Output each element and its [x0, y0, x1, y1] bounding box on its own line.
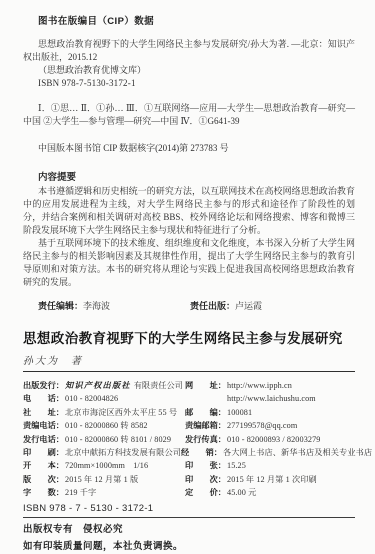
publisher-name-script: 知识产权出版社: [65, 379, 131, 392]
quality-notice: 如有印装质量问题，本社负责调换。: [23, 539, 355, 554]
website2-value: http://www.laichushu.com: [227, 392, 316, 405]
format-label: 开 本：: [23, 459, 65, 472]
colophon-row: 电 话： 010 - 82004826 http://www.laichushu…: [23, 392, 355, 405]
postcode-value: 100081: [227, 406, 252, 419]
producer-name: 卢运霞: [235, 300, 262, 313]
cip-record: 思想政治教育视野下的大学生网络民主参与发展研究/孙大为著. —北京：知识产权出版…: [23, 38, 355, 64]
producer-block: 责任出版： 卢运霞: [190, 300, 262, 313]
producer-label: 责任出版：: [190, 300, 235, 313]
cip-record-number: 中国版本图书馆 CIP 数据核字(2014)第 273783 号: [38, 142, 355, 155]
colophon-row: 社 址： 北京市海淀区西外太平庄 55 号 邮 编： 100081: [23, 406, 355, 419]
wordcount-label: 字 数：: [23, 486, 65, 499]
fax-value: 010 - 82000893 / 82003279: [227, 433, 320, 446]
postcode-label: 邮 编：: [185, 406, 227, 419]
editor-phone-value: 010 - 82000860 转 8582: [65, 419, 148, 432]
printer-label: 印 刷：: [23, 446, 65, 459]
title-divider: [23, 371, 355, 372]
sheets-value: 15.25: [227, 459, 246, 472]
distribution-phone-label: 发行电话：: [23, 433, 65, 446]
colophon-row: 出版发行： 知识产权出版社 有限责任公司 网 址： http://www.ipp…: [23, 379, 355, 392]
website-label: 网 址：: [185, 379, 227, 392]
copyright-notice: 出版权专有 侵权必究: [23, 522, 355, 537]
bottom-divider: [23, 517, 355, 518]
edition-value: 2015 年 12 月第 1 版: [65, 473, 138, 486]
colophon-row: 发行电话： 010 - 82000860 转 8101 / 8029 发行传真：…: [23, 433, 355, 446]
distributor-value: 各大网上书店、新华书店及相关专业书店: [223, 446, 372, 459]
phone-label: 电 话：: [23, 392, 65, 405]
sheets-label: 印 张：: [185, 459, 227, 472]
blank-label: [185, 392, 227, 405]
address-value: 北京市海淀区西外太平庄 55 号: [65, 406, 177, 419]
distribution-phone-value: 010 - 82000860 转 8101 / 8029: [65, 433, 171, 446]
copyright-page: 图书在版编目（CIP）数据 思想政治教育视野下的大学生网络民主参与发展研究/孙大…: [0, 0, 375, 554]
price-value: 45.00 元: [227, 486, 256, 499]
wordcount-value: 219 千字: [65, 486, 96, 499]
fax-label: 发行传真：: [185, 433, 227, 446]
editor-label: 责任编辑：: [38, 300, 83, 313]
book-title: 思想政治教育视野下的大学生网络民主参与发展研究: [23, 327, 355, 347]
book-author: 孙大为 著: [23, 352, 355, 367]
edition-label: 版 次：: [23, 473, 65, 486]
publisher-name-rest: 有限责任公司: [134, 379, 183, 392]
series-note: （思想政治教育优博文库）: [38, 64, 355, 77]
colophon-row: 字 数： 219 千字 定 价： 45.00 元: [23, 486, 355, 499]
isbn-top: ISBN 978-7-5130-3172-1: [38, 77, 355, 90]
colophon-row: 责编电话： 010 - 82000860 转 8582 责编邮箱： 277199…: [23, 419, 355, 432]
editor-email-value: 277199578@qq.com: [227, 419, 297, 432]
price-label: 定 价：: [185, 486, 227, 499]
isbn-bottom: ISBN 978 - 7 - 5130 - 3172-1: [23, 503, 355, 514]
colophon-row: 版 次： 2015 年 12 月第 1 版 印 次： 2015 年 12 月第 …: [23, 473, 355, 486]
website-value: http://www.ipph.cn: [227, 379, 292, 392]
impression-label: 印 次：: [185, 473, 227, 486]
colophon-row: 印 刷： 北京中献拓方科技发展有限公司 经 销： 各大网上书店、新华书店及相关专…: [23, 446, 355, 459]
distributor-label: 经 销：: [181, 446, 223, 459]
editor-email-label: 责编邮箱：: [185, 419, 227, 432]
cip-data-header: 图书在版编目（CIP）数据: [38, 13, 355, 27]
abstract-paragraph-1: 本书遵循逻辑和历史相统一的研究方法，以互联网技术在高校网络思想政治教育中的应用发…: [23, 185, 355, 237]
publisher-label: 出版发行：: [23, 379, 65, 392]
abstract-paragraph-2: 基于互联网环境下的技术维度、组织维度和文化维度，本书深入分析了大学生网络民主参与…: [23, 237, 355, 289]
impression-value: 2015 年 12 月第 1 次印刷: [227, 473, 317, 486]
phone-value: 010 - 82004826: [65, 392, 118, 405]
editors-row: 责任编辑： 李海波 责任出版： 卢运霞: [38, 300, 355, 313]
colophon-row: 开 本： 720mm×1000mm 1/16 印 张： 15.25: [23, 459, 355, 472]
abstract-heading: 内容提要: [38, 169, 355, 183]
editor-name: 李海波: [83, 300, 110, 313]
colophon-grid: 出版发行： 知识产权出版社 有限责任公司 网 址： http://www.ipp…: [23, 379, 355, 500]
format-value: 720mm×1000mm 1/16: [65, 459, 148, 472]
editor-phone-label: 责编电话：: [23, 419, 65, 432]
address-label: 社 址：: [23, 406, 65, 419]
editor-block: 责任编辑： 李海波: [38, 300, 190, 313]
cip-classification: Ⅰ．①思… Ⅱ．①孙… Ⅲ．①互联网络—应用—大学生—思想政治教育—研究—中国 …: [23, 102, 355, 128]
printer-value: 北京中献拓方科技发展有限公司: [65, 446, 181, 459]
